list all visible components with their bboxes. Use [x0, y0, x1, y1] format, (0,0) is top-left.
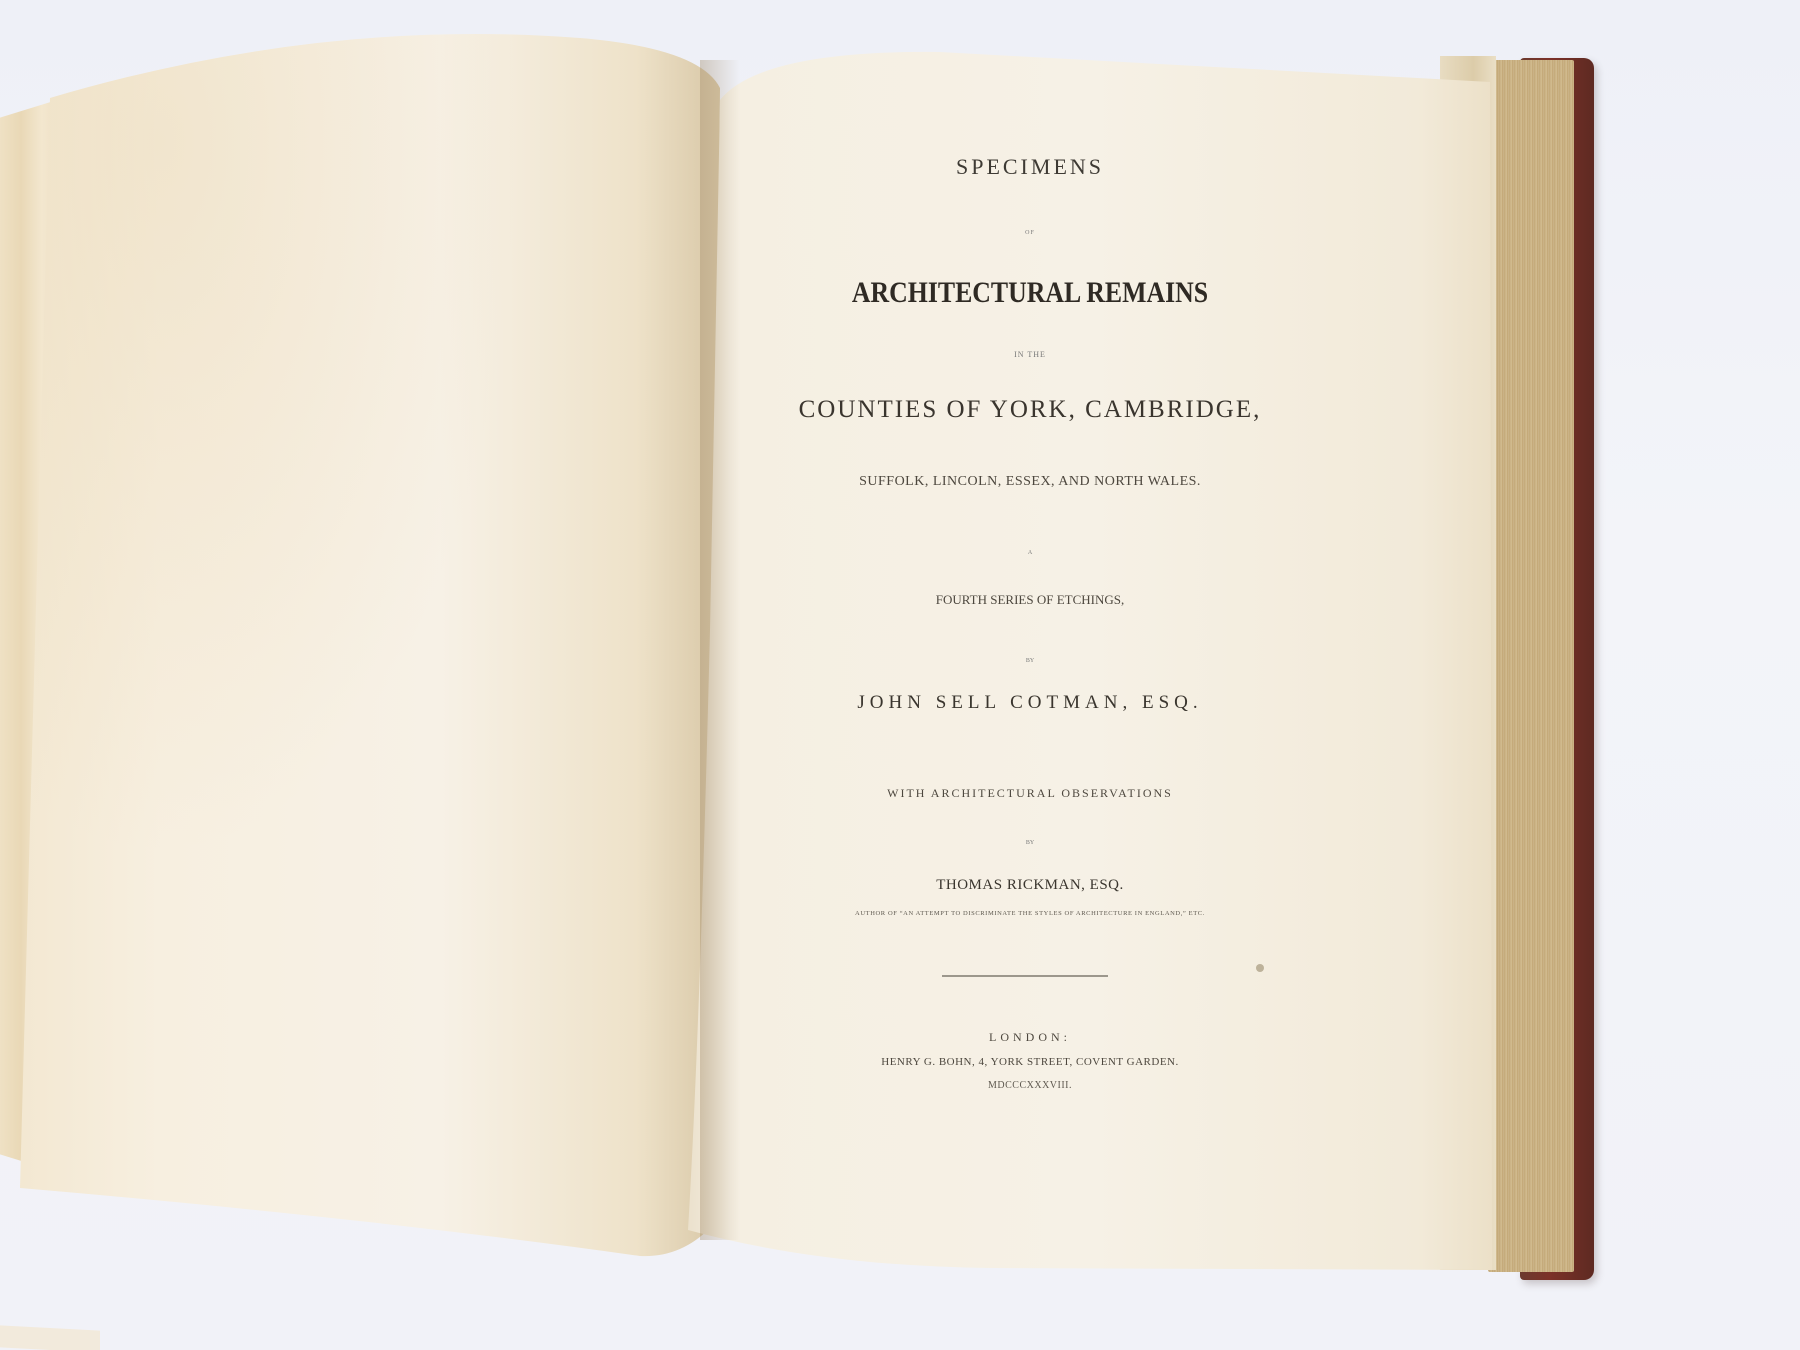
title-in-the: IN THE — [760, 350, 1300, 359]
gutter-shadow — [700, 60, 740, 1240]
title-counties-cont: SUFFOLK, LINCOLN, ESSEX, AND NORTH WALES… — [760, 474, 1300, 490]
imprint-date: MDCCCXXXVIII. — [760, 1080, 1300, 1091]
title-counties: COUNTIES OF YORK, CAMBRIDGE, — [730, 396, 1330, 424]
title-by: BY — [760, 658, 1300, 664]
title-a: A — [760, 550, 1300, 556]
title-observations: WITH ARCHITECTURAL OBSERVATIONS — [760, 786, 1300, 801]
paper-slip — [0, 1325, 100, 1350]
title-page — [680, 30, 1500, 1280]
page-edges-gilt — [1488, 60, 1574, 1272]
title-series: FOURTH SERIES OF ETCHINGS, — [760, 592, 1300, 608]
title-coauthor-note: AUTHOR OF “AN ATTEMPT TO DISCRIMINATE TH… — [730, 910, 1330, 917]
divider-rule — [942, 975, 1108, 977]
title-specimens: SPECIMENS — [760, 154, 1300, 180]
title-coauthor: THOMAS RICKMAN, ESQ. — [760, 877, 1300, 894]
foxing-spot — [1256, 964, 1264, 972]
title-of: OF — [760, 230, 1300, 236]
title-author: JOHN SELL COTMAN, ESQ. — [760, 692, 1300, 714]
book-photo: SPECIMENS OF ARCHITECTURAL REMAINS IN TH… — [0, 0, 1800, 1350]
title-by-2: BY — [760, 840, 1300, 846]
blank-left-page — [20, 18, 720, 1258]
title-main: ARCHITECTURAL REMAINS — [798, 276, 1262, 310]
imprint-city: LONDON: — [760, 1030, 1300, 1045]
imprint-publisher: HENRY G. BOHN, 4, YORK STREET, COVENT GA… — [760, 1056, 1300, 1068]
